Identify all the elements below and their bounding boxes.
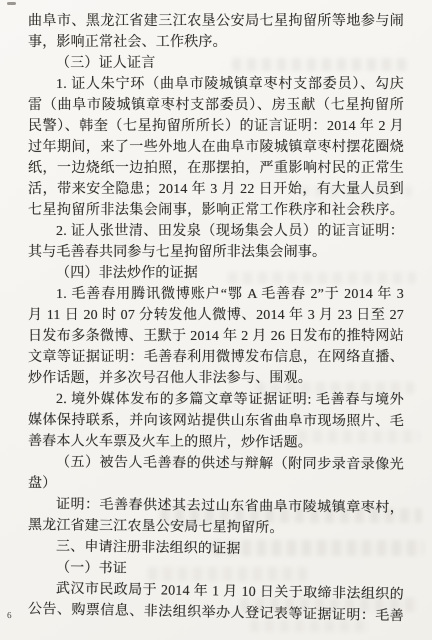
text-line: 善春本人火车票及火车上的照片，炒作话题。 xyxy=(28,431,404,454)
document-text: 曲阜市、黑龙江省建三江农垦公安局七星拘留所等地参与闹事，影响正常社会、工作秩序。… xyxy=(28,11,404,620)
text-line: 民警）、韩奎（七星拘留所所长）的证言证明：2014 年 2 月 xyxy=(28,116,404,137)
document-page: 曲阜市、黑龙江省建三江农垦公安局七星拘留所等地参与闹事，影响正常社会、工作秩序。… xyxy=(0,0,432,640)
text-line: 纸，一边烧纸一边拍照，在那摆拍，严重影响村民的正常生 xyxy=(28,158,404,179)
text-line: 媒体保持联系，并向该网站提供山东省曲阜市现场照片、毛 xyxy=(28,410,404,432)
text-line: 文章等证据证明：毛善春利用微博发布信息，在网络直播、 xyxy=(28,347,404,368)
text-line: 活，带来安全隐患；2014 年 3 月 22 日开始，有大量人员到 xyxy=(28,179,404,200)
text-line: 1. 证人朱宁环（曲阜市陵城镇章枣村支部委员）、勾庆 xyxy=(28,74,404,95)
scan-speck xyxy=(7,2,16,5)
text-line: 1. 毛善春用腾讯微博账户“鄂 A 毛善春 2”于 2014 年 3 xyxy=(28,284,404,305)
page-number: 6 xyxy=(7,610,12,620)
text-line: 炒作话题，并多次号召他人非法参与、围观。 xyxy=(28,368,404,389)
text-line: 月 11 日 20 时 07 分转发他人微博、2014 年 3 月 23 日至 … xyxy=(28,305,404,326)
text-line: 2. 证人张世清、田发泉（现场集会人员）的证言证明： xyxy=(28,221,404,242)
text-line: 事，影响正常社会、工作秩序。 xyxy=(28,32,404,53)
text-line: 其与毛善春共同参与七星拘留所非法集会闹事。 xyxy=(28,242,404,263)
text-line: （五）被告人毛善春的供述与辩解（附同步录音录像光 xyxy=(28,452,404,476)
text-line: 过年期间，来了一些外地人在曲阜市陵城镇章枣村摆花圈烧 xyxy=(28,137,404,158)
text-line: （四）非法炒作的证据 xyxy=(28,263,404,284)
text-line: 七星拘留所非法集会闹事，影响正常工作秩序和社会秩序。 xyxy=(28,200,404,221)
text-line: 雷（曲阜市陵城镇章枣村支部委员）、房玉献（七星拘留所 xyxy=(28,95,404,116)
text-line: 2. 境外媒体发布的多篇文章等证据证明: 毛善春与境外 xyxy=(28,389,404,411)
text-line: （三）证人证言 xyxy=(28,53,404,74)
text-line: 日发布多条微博、王默于 2014 年 2 月 26 日发布的推特网站 xyxy=(28,326,404,347)
text-line: 曲阜市、黑龙江省建三江农垦公安局七星拘留所等地参与闹 xyxy=(28,11,404,32)
